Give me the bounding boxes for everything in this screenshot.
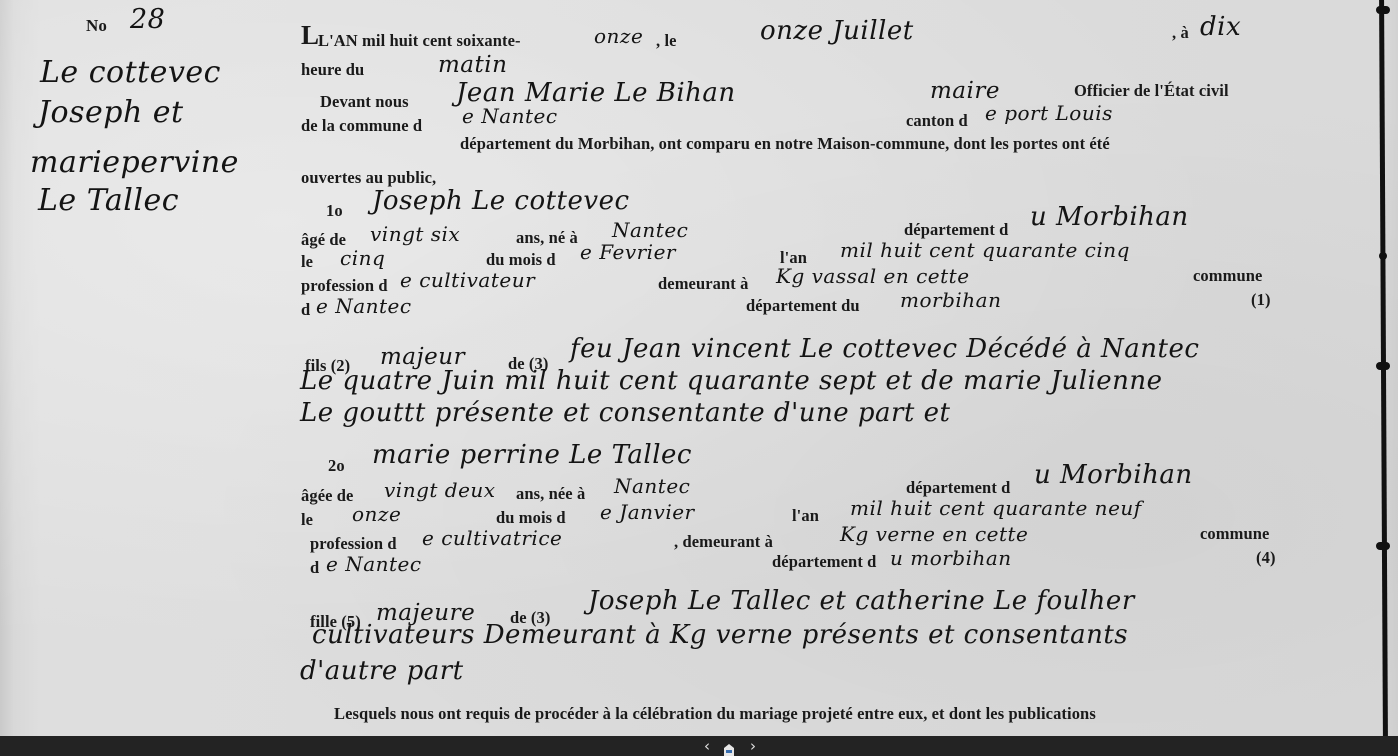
hand-bride-parents-3: d'autre part	[300, 656, 464, 686]
rule-knot	[1376, 542, 1390, 550]
printed-heure-du: heure du	[301, 60, 364, 80]
margin-bride-name: mariepervine	[30, 145, 239, 180]
printed-d: d	[301, 300, 310, 320]
printed-ne-a: ans, né à	[516, 228, 578, 248]
printed-officier: Officier de l'État civil	[1074, 81, 1229, 101]
printed-lan-b: l'an	[792, 506, 819, 526]
hand-groom-res-dept: morbihan	[900, 288, 1001, 312]
margin-groom-surname: Le cottevec	[40, 55, 221, 90]
hand-groom-birthplace: Nantec	[612, 218, 688, 242]
printed-mois: du mois d	[486, 250, 556, 270]
printed-dept2-b: département d	[772, 552, 876, 572]
hand-bride-parents-2: cultivateurs Demeurant à Kg verne présen…	[312, 620, 1128, 650]
record-number: 28	[130, 4, 165, 35]
hand-commune: e Nantec	[462, 104, 558, 128]
hand-groom-age: vingt six	[370, 222, 460, 246]
printed-le-b: le	[301, 510, 313, 530]
hand-groom-parents-3: Le gouttt présente et consentante d'une …	[300, 398, 950, 428]
hand-bride-birth-day: onze	[352, 502, 401, 526]
printed-commune-word: commune	[1193, 266, 1262, 286]
hand-groom-name: Joseph Le cottevec	[372, 186, 630, 216]
printed-le: le	[301, 252, 313, 272]
printed-ouvertes: ouvertes au public,	[301, 168, 436, 188]
hand-year: onze	[594, 24, 643, 48]
printed-dept: département d	[904, 220, 1008, 240]
printed-agee: âgée de	[301, 486, 353, 506]
note-4: (4)	[1256, 548, 1276, 568]
hand-bride-age: vingt deux	[384, 478, 496, 502]
printed-year-prefix: L'AN mil huit cent soixante-	[318, 31, 521, 51]
rule-knot	[1376, 6, 1390, 14]
hand-bride-birth-month: e Janvier	[600, 500, 695, 524]
viewer-toolbar: ‹ ›	[0, 736, 1398, 756]
margin-groom-name: Joseph et	[38, 95, 184, 130]
printed-d-b: d	[310, 558, 319, 578]
hand-groom-parents-1: feu Jean vincent Le cottevec Décédé à Na…	[570, 334, 1199, 364]
printed-le: , le	[656, 31, 677, 51]
printed-dept-b: département d	[906, 478, 1010, 498]
printed-profession-b: profession d	[310, 534, 397, 554]
hand-hour: dix	[1200, 12, 1241, 42]
hand-bride-birth-dept: u Morbihan	[1034, 460, 1193, 490]
hand-bride-profession: e cultivatrice	[422, 526, 562, 550]
hand-groom-birth-year: mil huit cent quarante cinq	[840, 238, 1130, 262]
hand-bride-residence: Kg verne en cette	[840, 522, 1028, 546]
hand-groom-birth-month: e Fevrier	[580, 240, 676, 264]
printed-dept2: département du	[746, 296, 860, 316]
printed-commune: de la commune d	[301, 116, 422, 136]
printed-groom-number: 1o	[326, 201, 343, 221]
hand-time-of-day: matin	[438, 52, 507, 78]
hand-bride-birth-year: mil huit cent quarante neuf	[850, 496, 1142, 520]
hand-day-month: onze Juillet	[760, 16, 914, 46]
printed-departement-line: département du Morbihan, ont comparu en …	[460, 134, 1110, 154]
hand-groom-parents-2: Le quatre Juin mil huit cent quarante se…	[300, 366, 1163, 396]
printed-nee-a: ans, née à	[516, 484, 585, 504]
hand-bride-name: marie perrine Le Tallec	[372, 440, 692, 470]
printed-commune-word-b: commune	[1200, 524, 1269, 544]
hand-groom-birth-dept: u Morbihan	[1030, 202, 1189, 232]
printed-a: , à	[1172, 23, 1189, 43]
next-page-button[interactable]: ›	[750, 739, 756, 754]
printed-mois-b: du mois d	[496, 508, 566, 528]
record-number-label: No	[86, 16, 107, 36]
printed-devant-nous: Devant nous	[320, 92, 409, 112]
previous-page-button[interactable]: ‹	[704, 739, 710, 754]
hand-groom-birth-day: cinq	[340, 246, 385, 270]
hand-bride-res-dept: u morbihan	[890, 546, 1012, 570]
printed-demeurant: demeurant à	[658, 274, 748, 294]
heading-initial: L	[301, 20, 319, 51]
hand-groom-res-commune: e Nantec	[316, 294, 412, 318]
document-scan: No 28 Le cottevec Joseph et mariepervine…	[0, 0, 1398, 736]
margin-bride-surname: Le Tallec	[38, 183, 179, 218]
printed-closing: Lesquels nous ont requis de procéder à l…	[334, 704, 1096, 724]
image-icon[interactable]	[722, 741, 736, 754]
rule-knot	[1376, 362, 1390, 370]
hand-groom-residence: Kg vassal en cette	[776, 264, 970, 288]
note-1: (1)	[1251, 290, 1271, 310]
hand-bride-birthplace: Nantec	[614, 474, 690, 498]
rule-knot	[1379, 252, 1387, 260]
printed-profession: profession d	[301, 276, 388, 296]
printed-canton: canton d	[906, 111, 968, 131]
hand-groom-profession: e cultivateur	[400, 268, 535, 292]
hand-canton: e port Louis	[985, 101, 1113, 125]
printed-demeurant-b: , demeurant à	[674, 532, 773, 552]
printed-bride-number: 2o	[328, 456, 345, 476]
hand-bride-res-commune: e Nantec	[326, 552, 422, 576]
hand-bride-parents-1: Joseph Le Tallec et catherine Le foulher	[588, 586, 1135, 616]
